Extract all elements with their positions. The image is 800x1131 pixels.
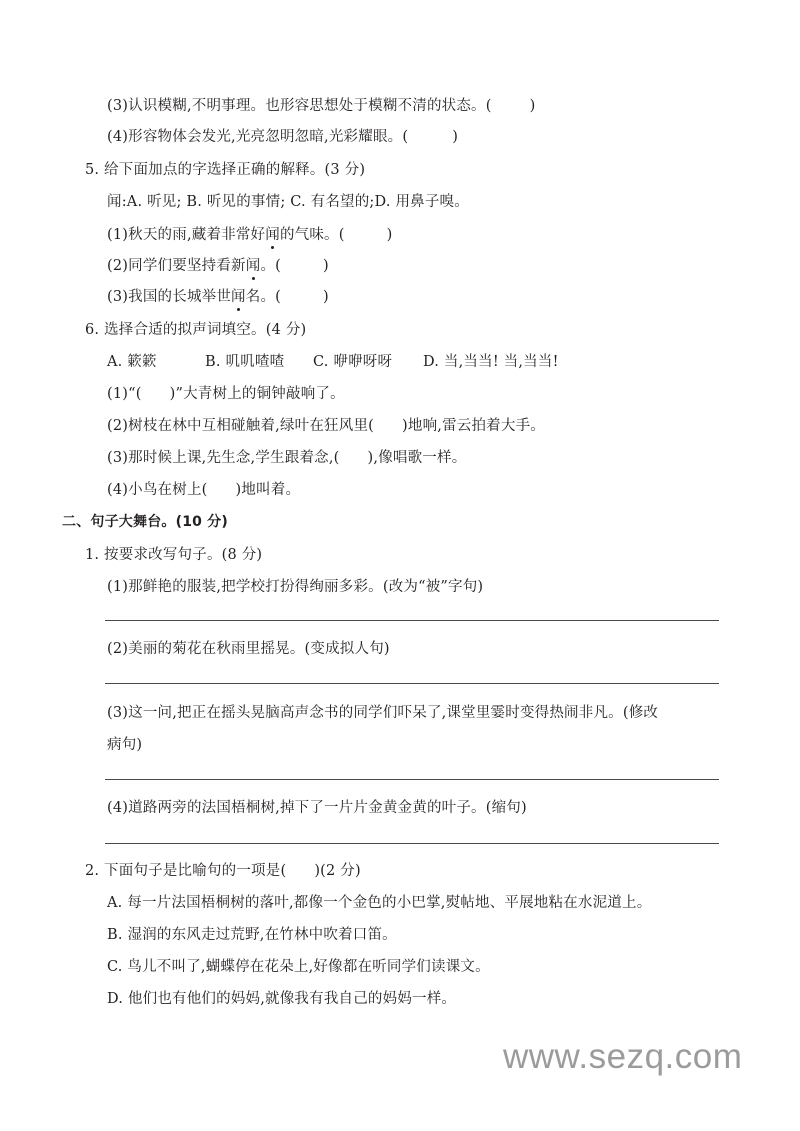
item-number: (3) — [107, 98, 128, 114]
item-text-before: 同学们要坚持看新 — [128, 258, 246, 274]
q6-item-1: (1)“()”大青树上的铜钟敲响了。 — [107, 384, 345, 404]
q6-item-2: (2)树枝在林中互相碰触着,绿叶在狂风里()地响,雷云拍着大手。 — [107, 416, 545, 436]
answer-line-1[interactable] — [105, 620, 719, 621]
close-paren: ) — [387, 227, 393, 243]
dotted-character: 闻 — [231, 287, 246, 307]
item-text: 形容物体会发光,光亮忽明忽暗,光彩耀眼。( — [128, 129, 408, 145]
q1-title: 1. 按要求改写句子。(8 分) — [85, 545, 262, 565]
close-paren: ) — [452, 129, 458, 145]
item-text-before: 小鸟在树上( — [128, 482, 207, 498]
q2-option-c: C. 鸟儿不叫了,蝴蝶停在花朵上,好像都在听同学们读课文。 — [107, 957, 490, 977]
q1-item-4: (4)道路两旁的法国梧桐树,掉下了一片片金黄金黄的叶子。(缩句) — [107, 798, 527, 818]
q6-item-3: (3)那时候上课,先生念,学生跟着念,(),像唱歌一样。 — [107, 448, 466, 468]
q5-item-2: (2)同学们要坚持看新闻。() — [107, 256, 329, 276]
option-d: D. 当,当当! 当,当当! — [423, 352, 559, 372]
q2-option-d: D. 他们也有他们的妈妈,就像我有我自己的妈妈一样。 — [107, 989, 456, 1009]
q2-title-after: )(2 分) — [314, 863, 361, 879]
q5-title: 5. 给下面加点的字选择正确的解释。(3 分) — [85, 160, 365, 180]
answer-line-2[interactable] — [105, 683, 719, 684]
q1-item-2: (2)美丽的菊花在秋雨里摇晃。(变成拟人句) — [107, 639, 390, 659]
q4-item-3: (3)认识模糊,不明事理。也形容思想处于模糊不清的状态。() — [107, 96, 535, 116]
section-heading: 二、句子大舞台。(10 分) — [62, 512, 228, 532]
item-text-before: 那时候上课,先生念,学生跟着念,( — [128, 450, 339, 466]
item-number: (4) — [107, 482, 128, 498]
item-text-after: )地叫着。 — [236, 482, 301, 498]
item-text-after: ),像唱歌一样。 — [368, 450, 467, 466]
item-text-before: 我国的长城举世 — [128, 289, 231, 305]
item-number: (1) — [107, 227, 128, 243]
item-text-before: 树枝在林中互相碰触着,绿叶在狂风里( — [128, 418, 374, 434]
item-text-before: 秋天的雨,藏着非常好 — [128, 227, 265, 243]
q5-item-1: (1)秋天的雨,藏着非常好闻的气味。() — [107, 225, 392, 245]
dotted-character: 闻 — [265, 225, 280, 245]
q6-title: 6. 选择合适的拟声词填空。(4 分) — [85, 320, 306, 340]
item-text-after: )”大青树上的铜钟敲响了。 — [170, 386, 345, 402]
item-text-before: “( — [128, 386, 141, 402]
dotted-character: 闻 — [246, 256, 261, 276]
answer-line-4[interactable] — [105, 843, 719, 844]
item-number: (3) — [107, 289, 128, 305]
close-paren: ) — [323, 289, 329, 305]
item-text-after: 的气味。( — [280, 227, 345, 243]
item-number: (3) — [107, 450, 128, 466]
close-paren: ) — [530, 98, 536, 114]
q2-option-a: A. 每一片法国梧桐树的落叶,都像一个金色的小巴掌,熨帖地、平展地粘在水泥道上。 — [107, 893, 651, 913]
close-paren: ) — [323, 258, 329, 274]
q4-item-4: (4)形容物体会发光,光亮忽明忽暗,光彩耀眼。() — [107, 127, 458, 147]
item-number: (1) — [107, 386, 128, 402]
q1-item-1: (1)那鲜艳的服装,把学校打扮得绚丽多彩。(改为“被”字句) — [107, 577, 483, 597]
watermark: www.sezq.com — [503, 1037, 742, 1077]
option-c: C. 咿咿呀呀 — [313, 352, 423, 372]
q2-title-before: 2. 下面句子是比喻句的一项是( — [85, 863, 286, 879]
q1-item-3-cont: 病句) — [107, 735, 142, 755]
q6-item-4: (4)小鸟在树上()地叫着。 — [107, 480, 300, 500]
item-text-after: 名。( — [246, 289, 281, 305]
item-text-after: )地响,雷云拍着大手。 — [402, 418, 545, 434]
q2-option-b: B. 湿润的东风走过荒野,在竹林中吹着口笛。 — [107, 925, 397, 945]
item-text-after: 。( — [260, 258, 281, 274]
q6-options: A. 簌簌B. 叽叽喳喳C. 咿咿呀呀D. 当,当当! 当,当当! — [107, 352, 559, 372]
item-number: (2) — [107, 418, 128, 434]
item-number: (2) — [107, 258, 128, 274]
q2-title: 2. 下面句子是比喻句的一项是()(2 分) — [85, 861, 361, 881]
q5-item-3: (3)我国的长城举世闻名。() — [107, 287, 329, 307]
item-text: 认识模糊,不明事理。也形容思想处于模糊不清的状态。( — [128, 98, 491, 114]
option-b: B. 叽叽喳喳 — [205, 352, 313, 372]
q5-options: 闻:A. 听见; B. 听见的事情; C. 有名望的;D. 用鼻子嗅。 — [107, 192, 469, 212]
q1-item-3: (3)这一问,把正在摇头晃脑高声念书的同学们吓呆了,课堂里霎时变得热闹非凡。(修… — [107, 703, 658, 723]
option-a: A. 簌簌 — [107, 352, 205, 372]
item-number: (4) — [107, 129, 128, 145]
answer-line-3[interactable] — [105, 779, 719, 780]
